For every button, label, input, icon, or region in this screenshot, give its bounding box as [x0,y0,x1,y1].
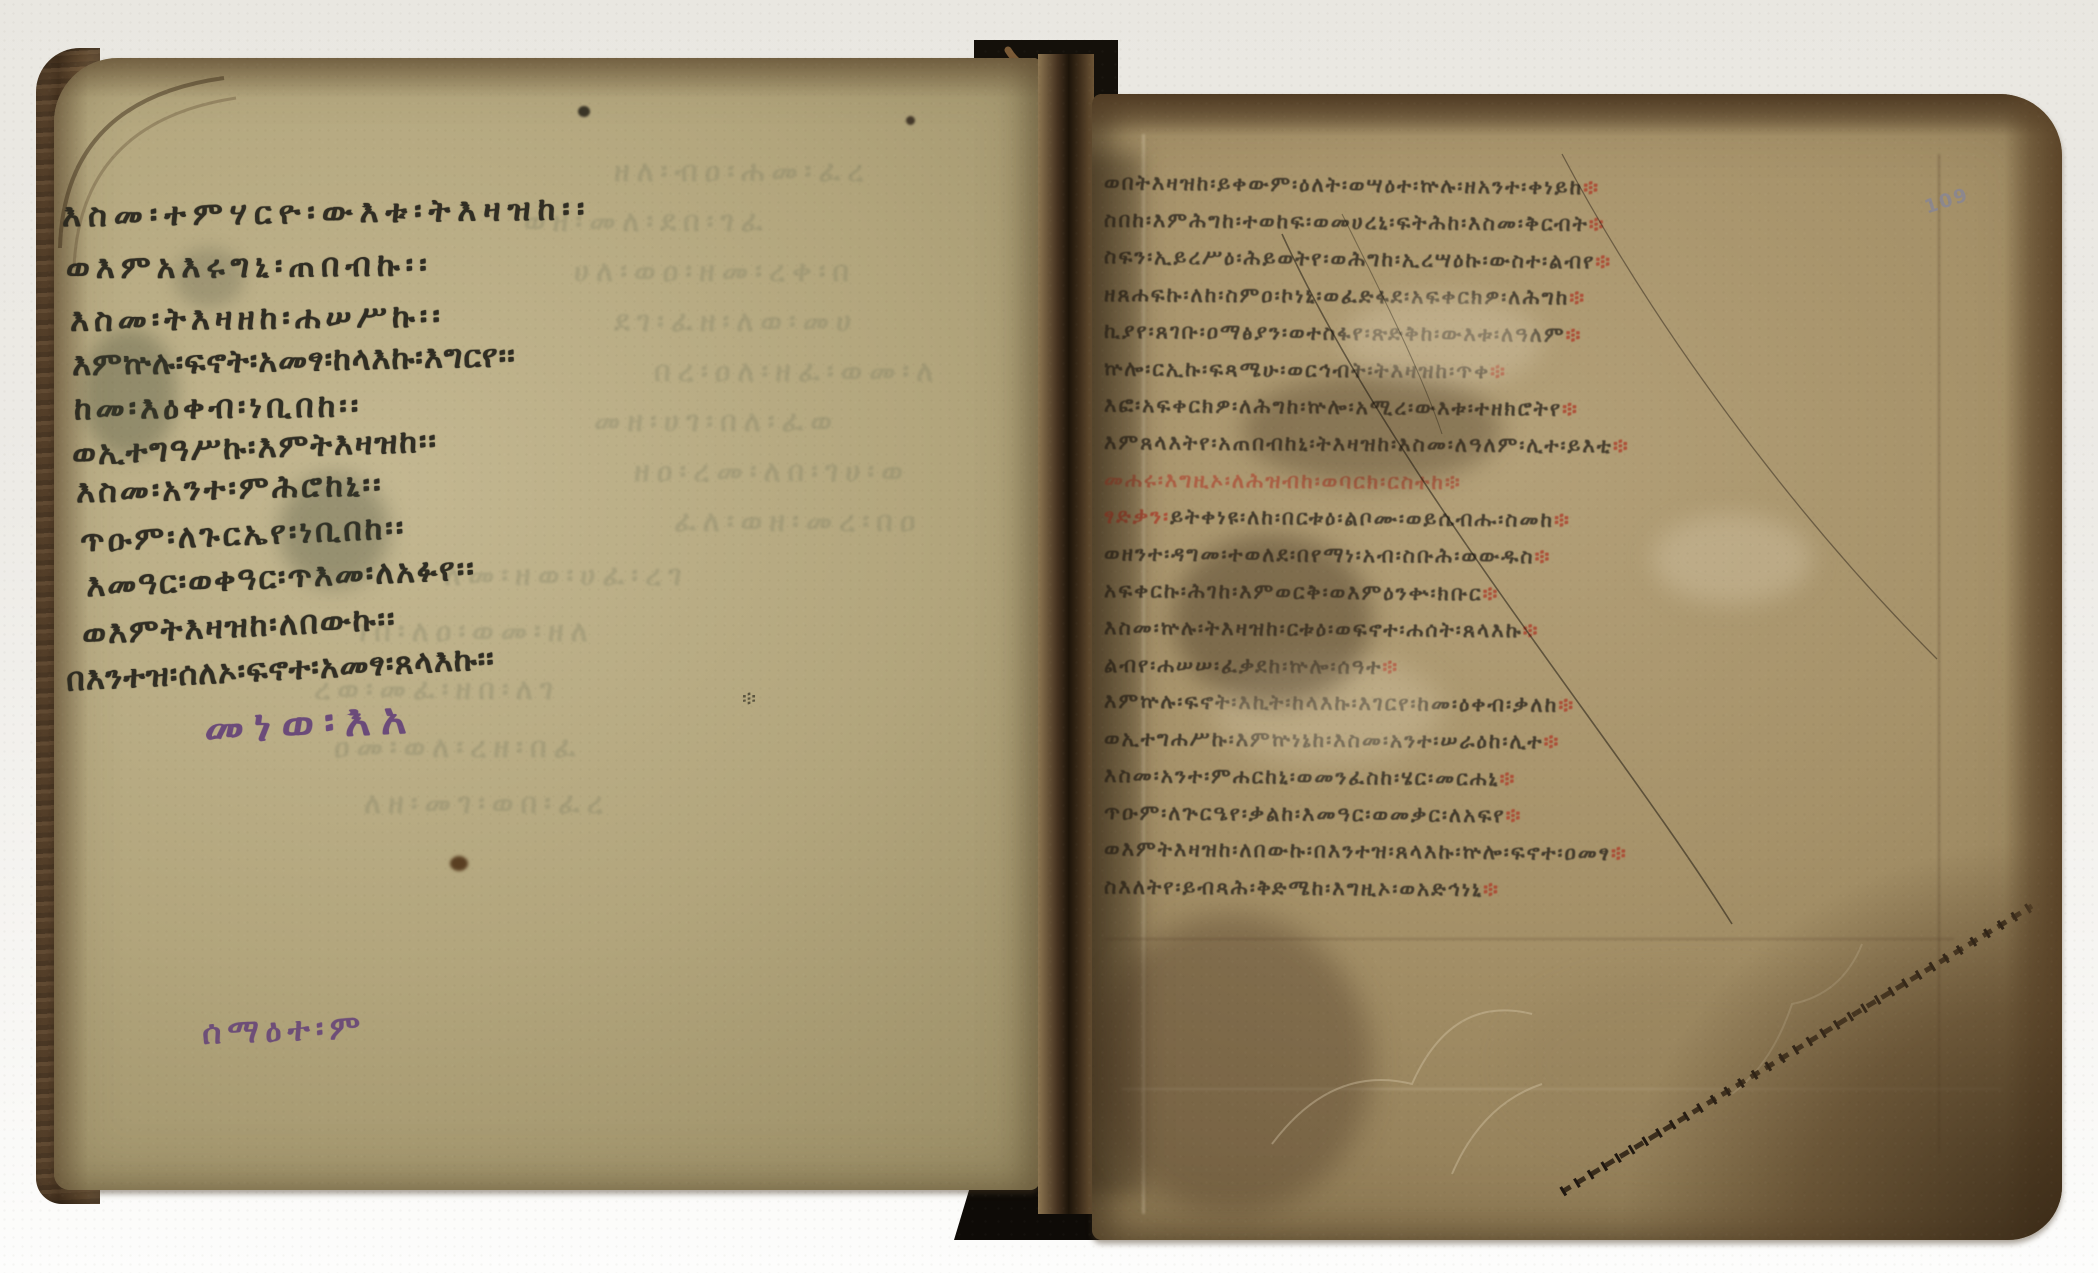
text-line: ፃድቃን፡ይትቀነዩ፡ለከ፡በርቱዕ፡ልቦሙ፡ወይሴብሑ፡ስመከ፨ [1104,504,1571,533]
dark-stain [1242,374,1502,484]
right-page-top-rim [1092,94,2062,136]
ink-smudge [82,328,177,458]
bleedthrough-row: ዘለ፡ብዐ፡ሐመ፡ፈረ [614,154,871,189]
bleedthrough-row: ዘዐ፡ረመ፡ለበ፡ገሀ፡ወ [634,454,910,489]
bleedthrough-row: በረ፡ዐለ፡ዘፈ፡ወመ፡ለ [654,354,940,389]
text-line: እስመ፡ተምሃርዮ፡ውእቱ፡ትእዛዝከ፡፡ [62,189,592,235]
bleedthrough-row: ሀለ፡ወዐ፡ዘመ፡ረቀ፡በ [574,254,856,289]
text-line: ወእምትእዛዝከ፡ለበውኩ፡በእንተዝ፡ጸላእኩ፡ኵሎ፡ፍኖተ፡ዐመፃ፨ [1104,837,1628,867]
line-text: ወበትእዛዝከ፡ይቀውም፡ዕለት፡ወሣዕተ፡ኵሉ፡ዘአንተ፡ቀነይከ [1104,170,1583,199]
bleedthrough-row: ለመ፡ዘወ፡ሀፈ፡ረገ [444,558,689,593]
text-line: እስመ፡አንተ፡ምሐርከኒ፡ወመንፈስከ፡ሄር፡መርሐኒ፨ [1104,763,1517,792]
text-line: ስፍን፡ኢይረሥዕ፡ሕይወትየ፡ወሕግከ፡ኢረሣዕኩ፡ውስተ፡ልብየ፨ [1104,244,1612,274]
right-page: ወበትእዛዝከ፡ይቀውም፡ዕለት፡ወሣዕተ፡ኵሉ፡ዘአንተ፡ቀነይከ፨ ስበከ፡… [1092,94,2062,1240]
dark-stain [1092,914,1372,1214]
text-line: ወእምአእሩግኒ፡ጠበብኩ፡፡ [66,245,433,287]
damaged-corner [1610,830,2062,1240]
folio-number: 109 [1922,183,1972,218]
bleedthrough-row: መዘ፡ሀገ፡በለ፡ፈወ [594,404,839,439]
text-line: ወበትእዛዝከ፡ይቀውም፡ዕለት፡ወሣዕተ፡ኵሉ፡ዘአንተ፡ቀነይከ፨ [1104,170,1600,200]
dark-speck [906,116,915,125]
text-line: ጥዑም፡ለጕርዔየ፡ቃልከ፡እመዓር፡ወመቃር፡ለአፍየ፨ [1104,801,1523,829]
bleedthrough-row: ፈለ፡ወዘ፡መረ፡በዐ [674,504,922,539]
binding-gutter [1038,54,1094,1214]
ink-smudge [174,248,244,308]
left-page-top-rim [54,58,1040,98]
left-page: ዘለ፡ብዐ፡ሐመ፡ፈረ ወዘ፡መለ፡ደበ፡ገፈ ሀለ፡ወዐ፡ዘመ፡ረቀ፡በ ደገ… [54,58,1040,1190]
brown-spot [450,856,468,871]
manuscript-book: ዘለ፡ብዐ፡ሐመ፡ፈረ ወዘ፡መለ፡ደበ፡ገፈ ሀለ፡ወዐ፡ዘመ፡ረቀ፡በ ደገ… [36,40,2062,1244]
line-end-mark: ፨ [1583,175,1600,199]
worn-patch [1652,514,1812,604]
manuscript-scan: ዘለ፡ብዐ፡ሐመ፡ፈረ ወዘ፡መለ፡ደበ፡ገፈ ሀለ፡ወዐ፡ዘመ፡ረቀ፡በ ደገ… [0,0,2098,1273]
ink-smudge [279,473,389,588]
dark-stain [1172,534,1372,704]
purple-annotation-lower: ሰማዕተ፡ም [201,1007,367,1053]
bleedthrough-row: ደገ፡ፈዘ፡ለወ፡መሀ [614,304,858,339]
bleedthrough-row: ለዘ፡መገ፡ወበ፡ፈረ [364,786,610,821]
cross-mark: ፨ [742,686,756,710]
text-line: ስበከ፡እምሕግከ፡ተወከፍ፡ወመሀረኒ፡ፍትሕከ፡እስመ፡ቅርብት፨ [1104,208,1606,237]
text-line: ስእለትየ፡ይብጻሕ፡ቅድሜከ፡እግዚኦ፡ወአድኅነኒ፨ [1104,875,1500,903]
dark-speck [578,106,590,117]
text-line: ዘጸሐፍኩ፡ለከ፡ስምዐ፡ኮነኒ፡ወፈድፋደ፡አፍቀርክዎ፡ለሕግከ፨ [1104,282,1586,310]
